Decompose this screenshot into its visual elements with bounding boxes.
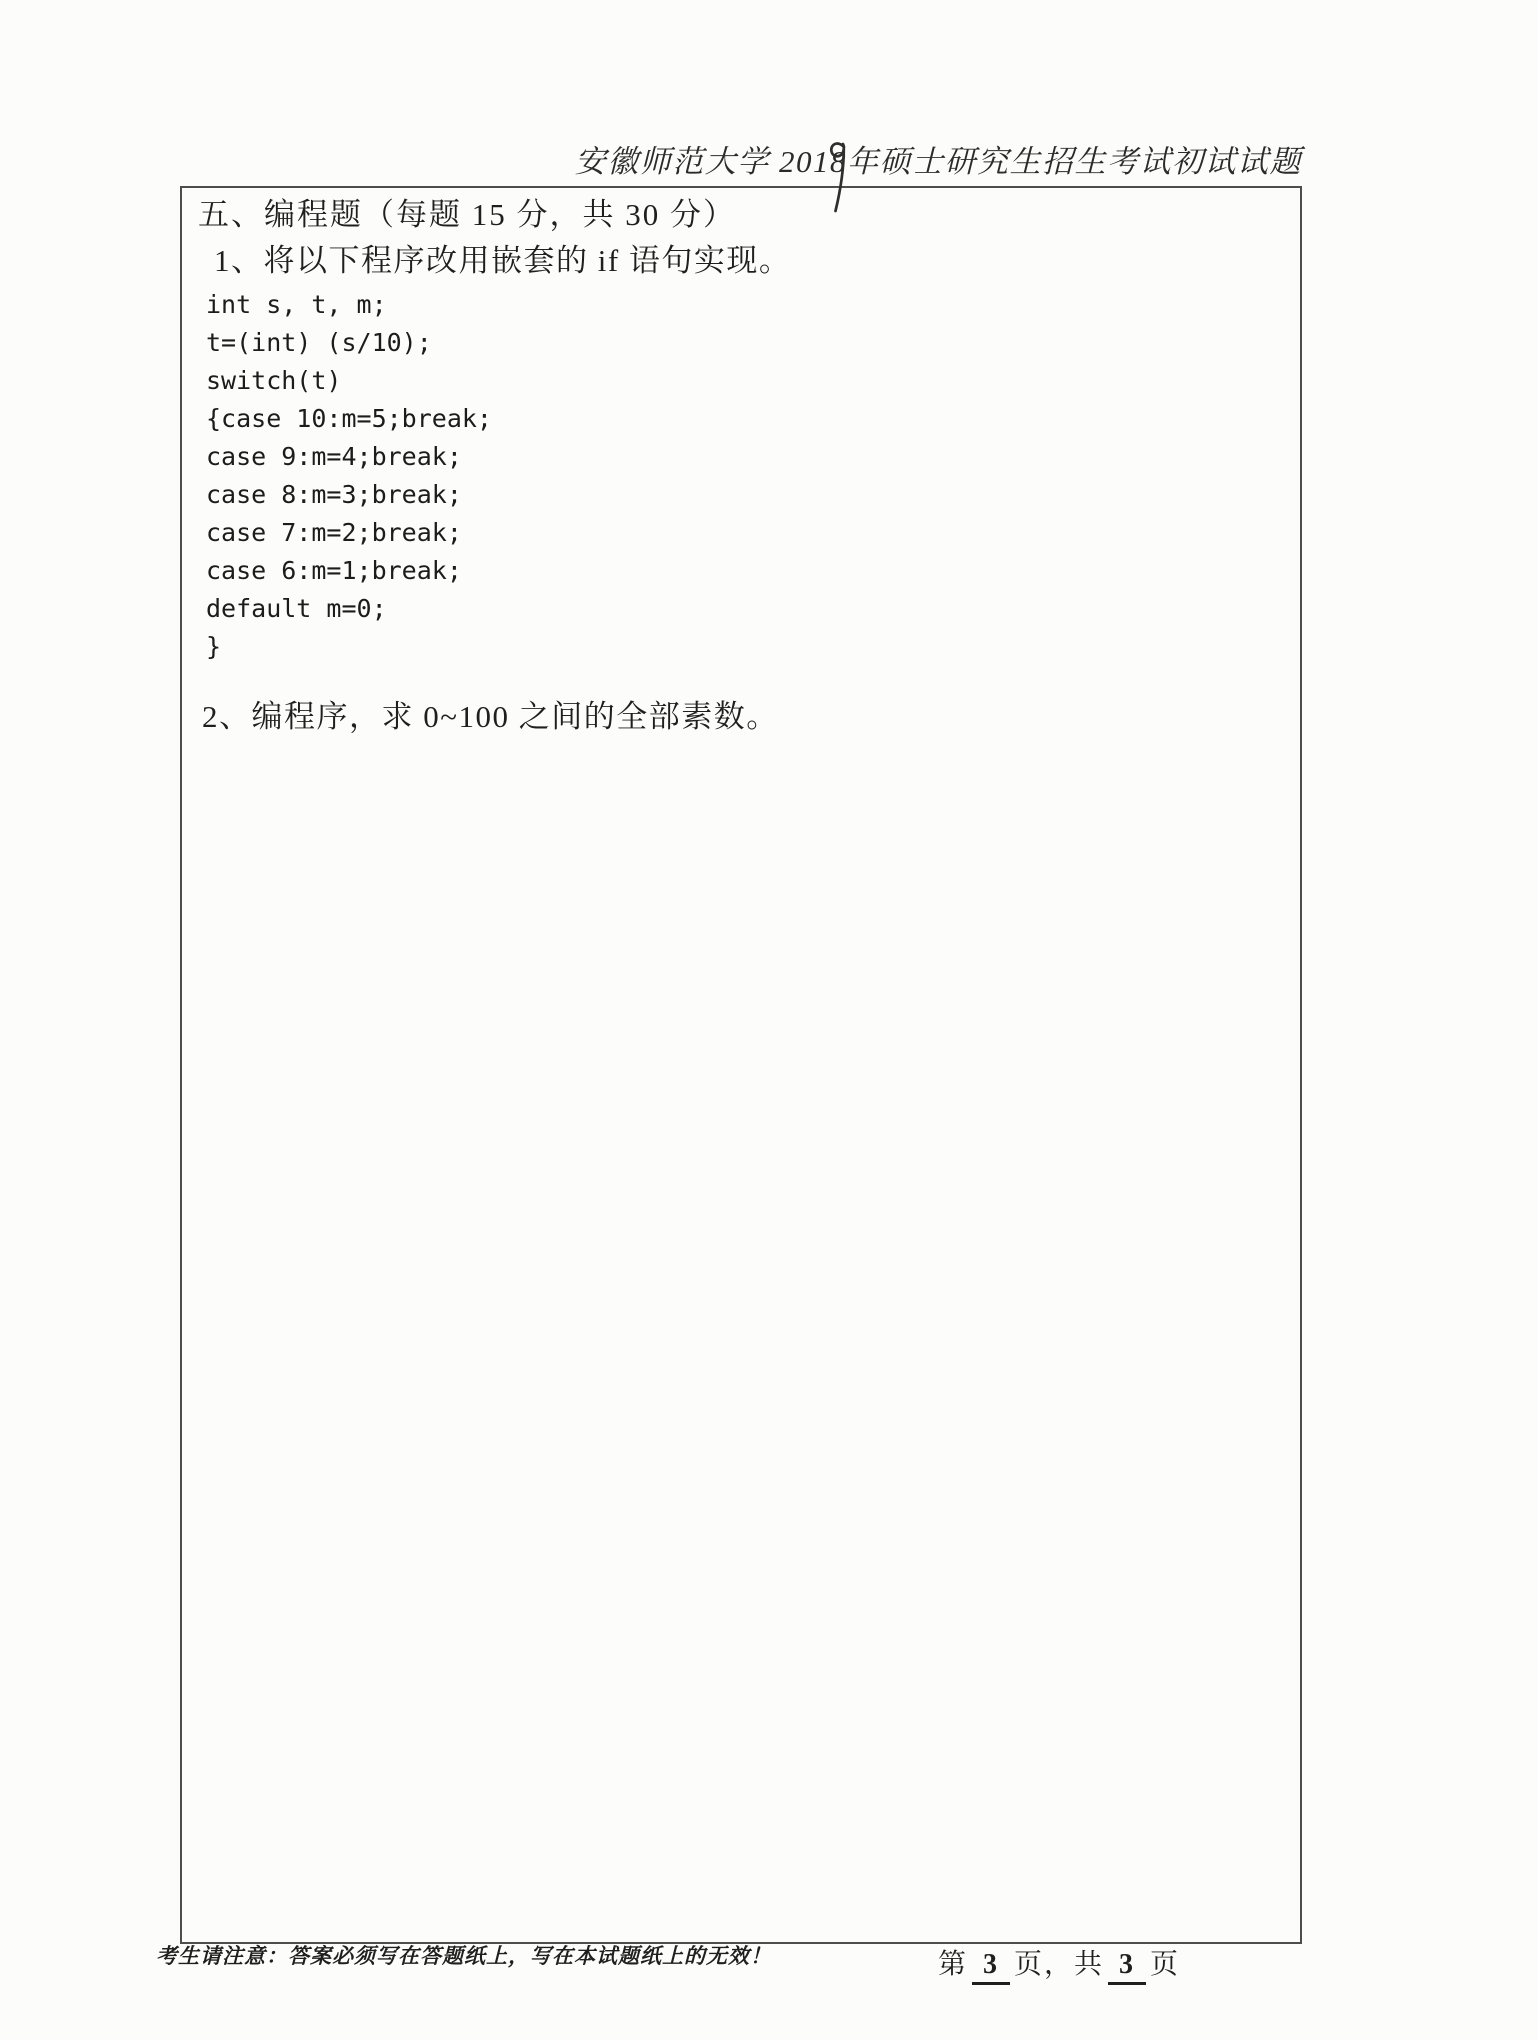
code-line: case 6:m=1;break; [206, 552, 1280, 590]
page-label-prefix: 第 [938, 1949, 968, 1980]
question-2-prompt: 2、编程序，求 0~100 之间的全部素数。 [198, 694, 1280, 740]
header-title-prefix: 安徽师范大学 201 [575, 144, 830, 179]
code-line: int s, t, m; [206, 286, 1280, 324]
code-line: case 8:m=3;break; [206, 476, 1280, 514]
content-border-box: 五、编程题（每题 15 分，共 30 分） 1、将以下程序改用嵌套的 if 语句… [180, 186, 1302, 1944]
content-inner: 五、编程题（每题 15 分，共 30 分） 1、将以下程序改用嵌套的 if 语句… [182, 188, 1300, 740]
handwritten-nine-icon [827, 138, 851, 216]
header-title-suffix: 年硕士研究生招生考试初试试题 [847, 144, 1302, 179]
year-digit-wrap: 8 [830, 144, 847, 180]
page-indicator: 第3页，共3页 [938, 1942, 1180, 1985]
code-line: switch(t) [206, 362, 1280, 400]
code-block: int s, t, m; t=(int) (s/10); switch(t) {… [198, 286, 1280, 666]
code-line: t=(int) (s/10); [206, 324, 1280, 362]
page-label-middle: 页，共 [1014, 1949, 1104, 1980]
current-page-number: 3 [972, 1950, 1010, 1985]
section-title: 五、编程题（每题 15 分，共 30 分） [198, 192, 1280, 238]
exam-header: 安徽师范大学 2018 年硕士研究生招生考试初试试题 [0, 136, 1302, 181]
code-line: } [206, 628, 1280, 666]
total-pages-number: 3 [1108, 1950, 1146, 1985]
code-line: case 9:m=4;break; [206, 438, 1280, 476]
code-line: {case 10:m=5;break; [206, 400, 1280, 438]
code-line: default m=0; [206, 590, 1280, 628]
footer-notice: 考生请注意：答案必须写在答题纸上，写在本试题纸上的无效！ [156, 1940, 772, 1970]
code-line: case 7:m=2;break; [206, 514, 1280, 552]
page-label-suffix: 页 [1150, 1949, 1180, 1980]
question-1-prompt: 1、将以下程序改用嵌套的 if 语句实现。 [198, 238, 1280, 284]
